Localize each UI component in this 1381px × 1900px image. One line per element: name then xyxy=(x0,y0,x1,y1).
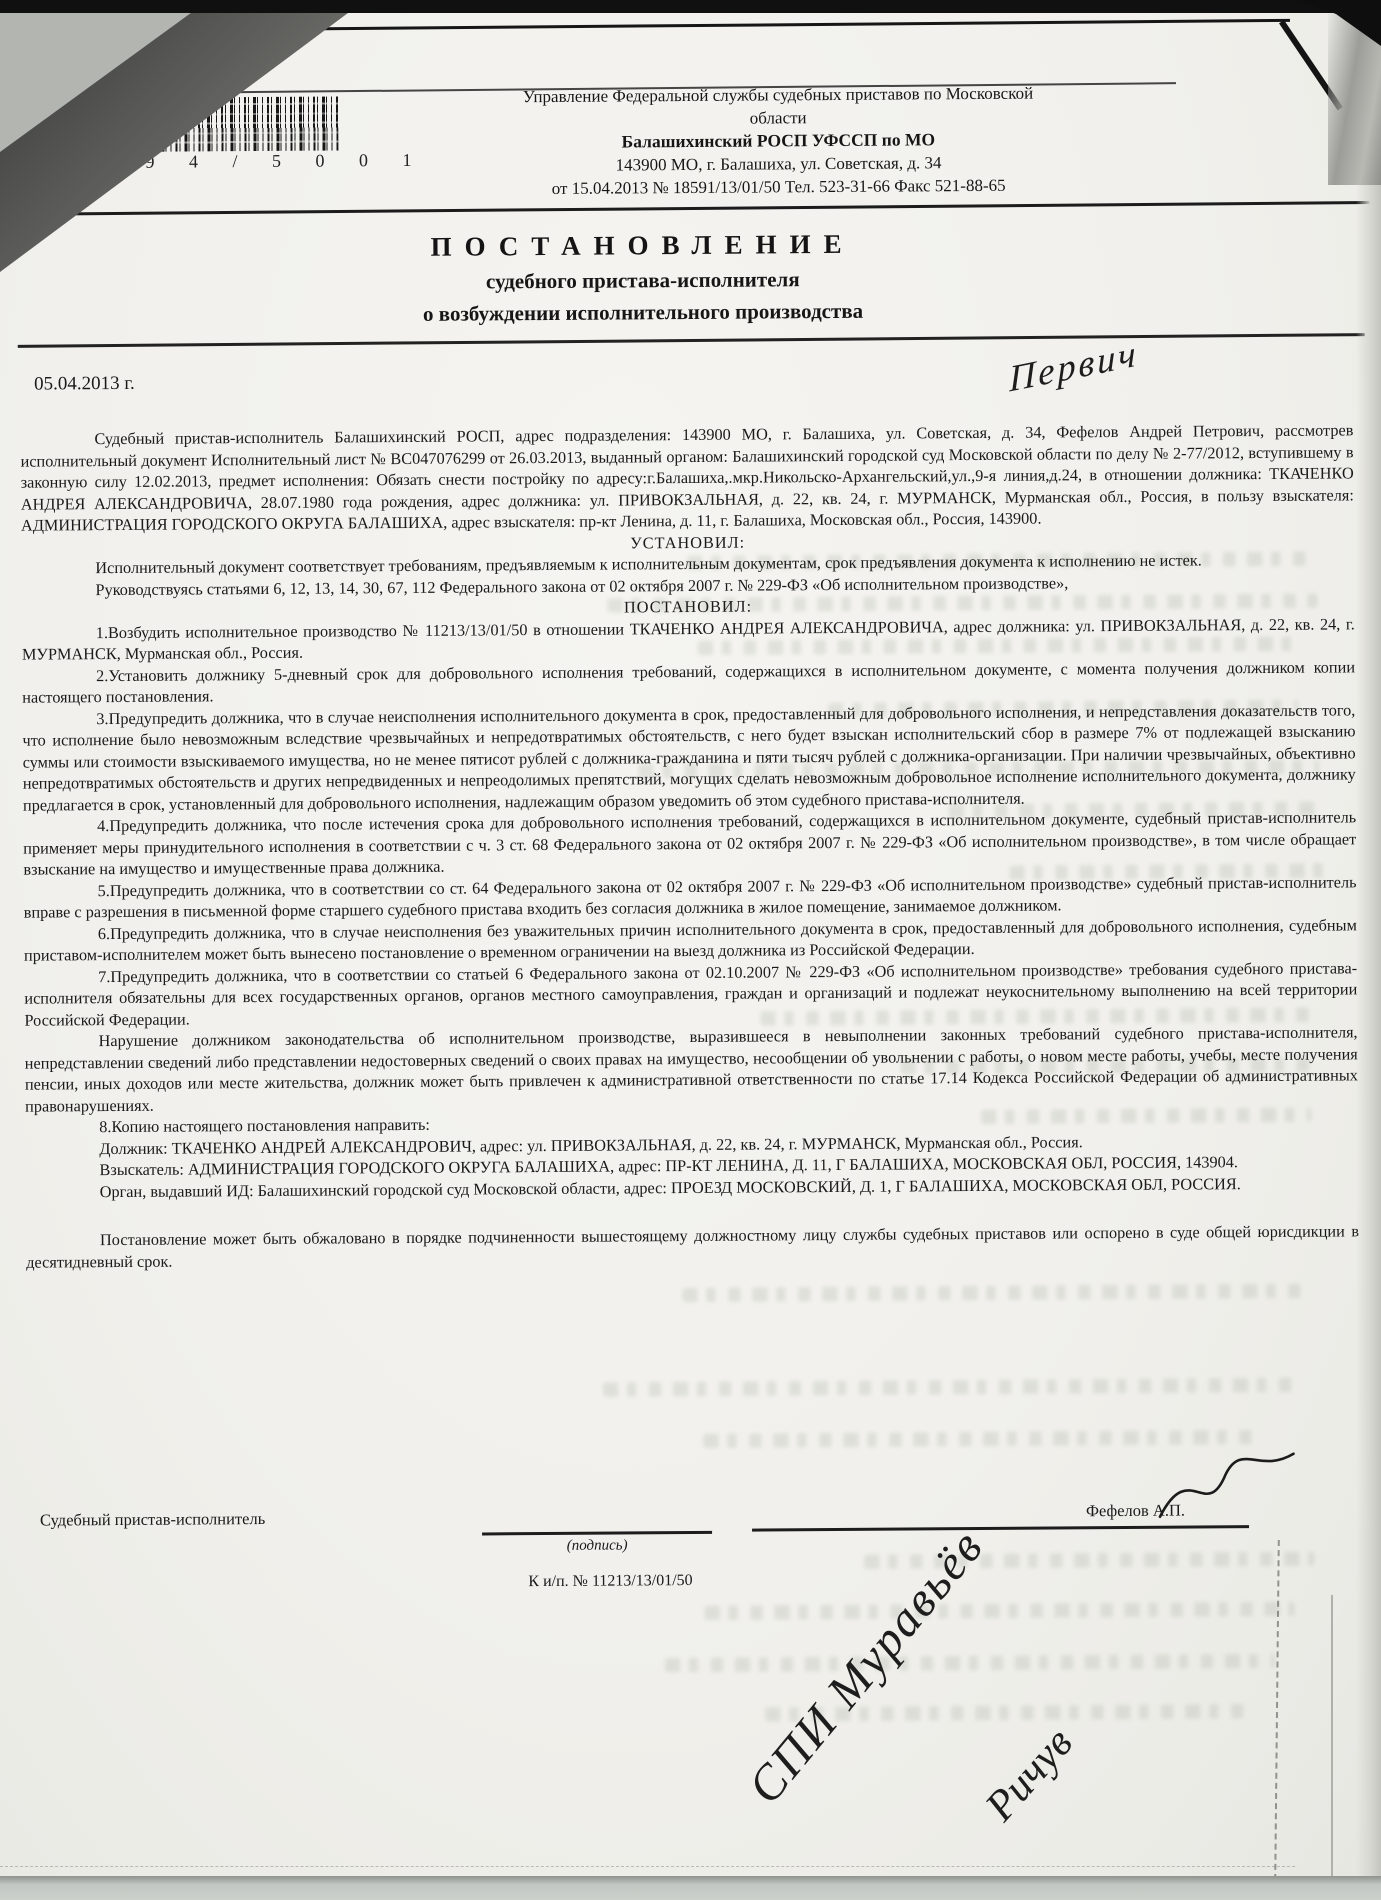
bleed-smudge xyxy=(705,1602,1295,1620)
doc-subtitle-2: о возбуждении исполнительного производст… xyxy=(0,296,1291,330)
scanned-document-page: 1 1 9 4 / 5 0 0 1 Управление Федеральной… xyxy=(0,0,1381,1900)
page-right-edge-shading xyxy=(1356,0,1381,1900)
printed-page-content: 1 1 9 4 / 5 0 0 1 Управление Федеральной… xyxy=(0,0,1381,1900)
bleed-smudge xyxy=(682,1284,1312,1302)
order-item-4: 4.Предупредить должника, что после истеч… xyxy=(23,806,1356,880)
appeal-paragraph: Постановление может быть обжаловано в по… xyxy=(26,1220,1359,1272)
title-divider-rule xyxy=(18,333,1365,348)
violation-paragraph: Нарушение должником законодательства об … xyxy=(25,1021,1359,1116)
case-number: К и/п. № 11213/13/01/50 xyxy=(528,1572,692,1591)
doc-date: 05.04.2013 г. xyxy=(34,373,135,396)
signature-caption: (подпись) xyxy=(482,1537,712,1556)
doc-subtitle-1: судебного пристава-исполнителя xyxy=(0,264,1290,298)
bottom-fold-line xyxy=(0,1866,1295,1867)
title-block: ПОСТАНОВЛЕНИЕ судебного пристава-исполни… xyxy=(0,226,1291,330)
signature-line-center xyxy=(482,1531,712,1536)
handwritten-note-bottom-2: Ричув xyxy=(976,1719,1083,1831)
doc-title: ПОСТАНОВЛЕНИЕ xyxy=(0,226,1290,266)
signature-stroke xyxy=(1151,1444,1302,1535)
page-edge-line-right xyxy=(1331,1595,1333,1885)
bleed-smudge xyxy=(665,1654,1275,1672)
handwritten-mark-top: Первич xyxy=(1009,332,1139,402)
letterhead-divider-rule xyxy=(0,201,1370,216)
document-body: Судебный пристав-исполнитель Балашихинск… xyxy=(20,419,1359,1272)
signature-left-label: Судебный пристав-исполнитель xyxy=(40,1509,265,1531)
bleed-smudge xyxy=(603,1378,1303,1397)
order-item-7: 7.Предупредить должника, что в соответст… xyxy=(24,957,1357,1031)
letterhead-ref-line: от 15.04.2013 № 18591/13/01/50 Тел. 523-… xyxy=(383,173,1175,202)
letterhead: Управление Федеральной службы судебных п… xyxy=(382,81,1175,202)
scanner-bottom-edge xyxy=(0,1876,1381,1900)
order-item-3: 3.Предупредить должника, что в случае не… xyxy=(22,699,1356,816)
intro-paragraph: Судебный пристав-исполнитель Балашихинск… xyxy=(20,419,1354,536)
scanner-top-edge xyxy=(0,0,1381,13)
